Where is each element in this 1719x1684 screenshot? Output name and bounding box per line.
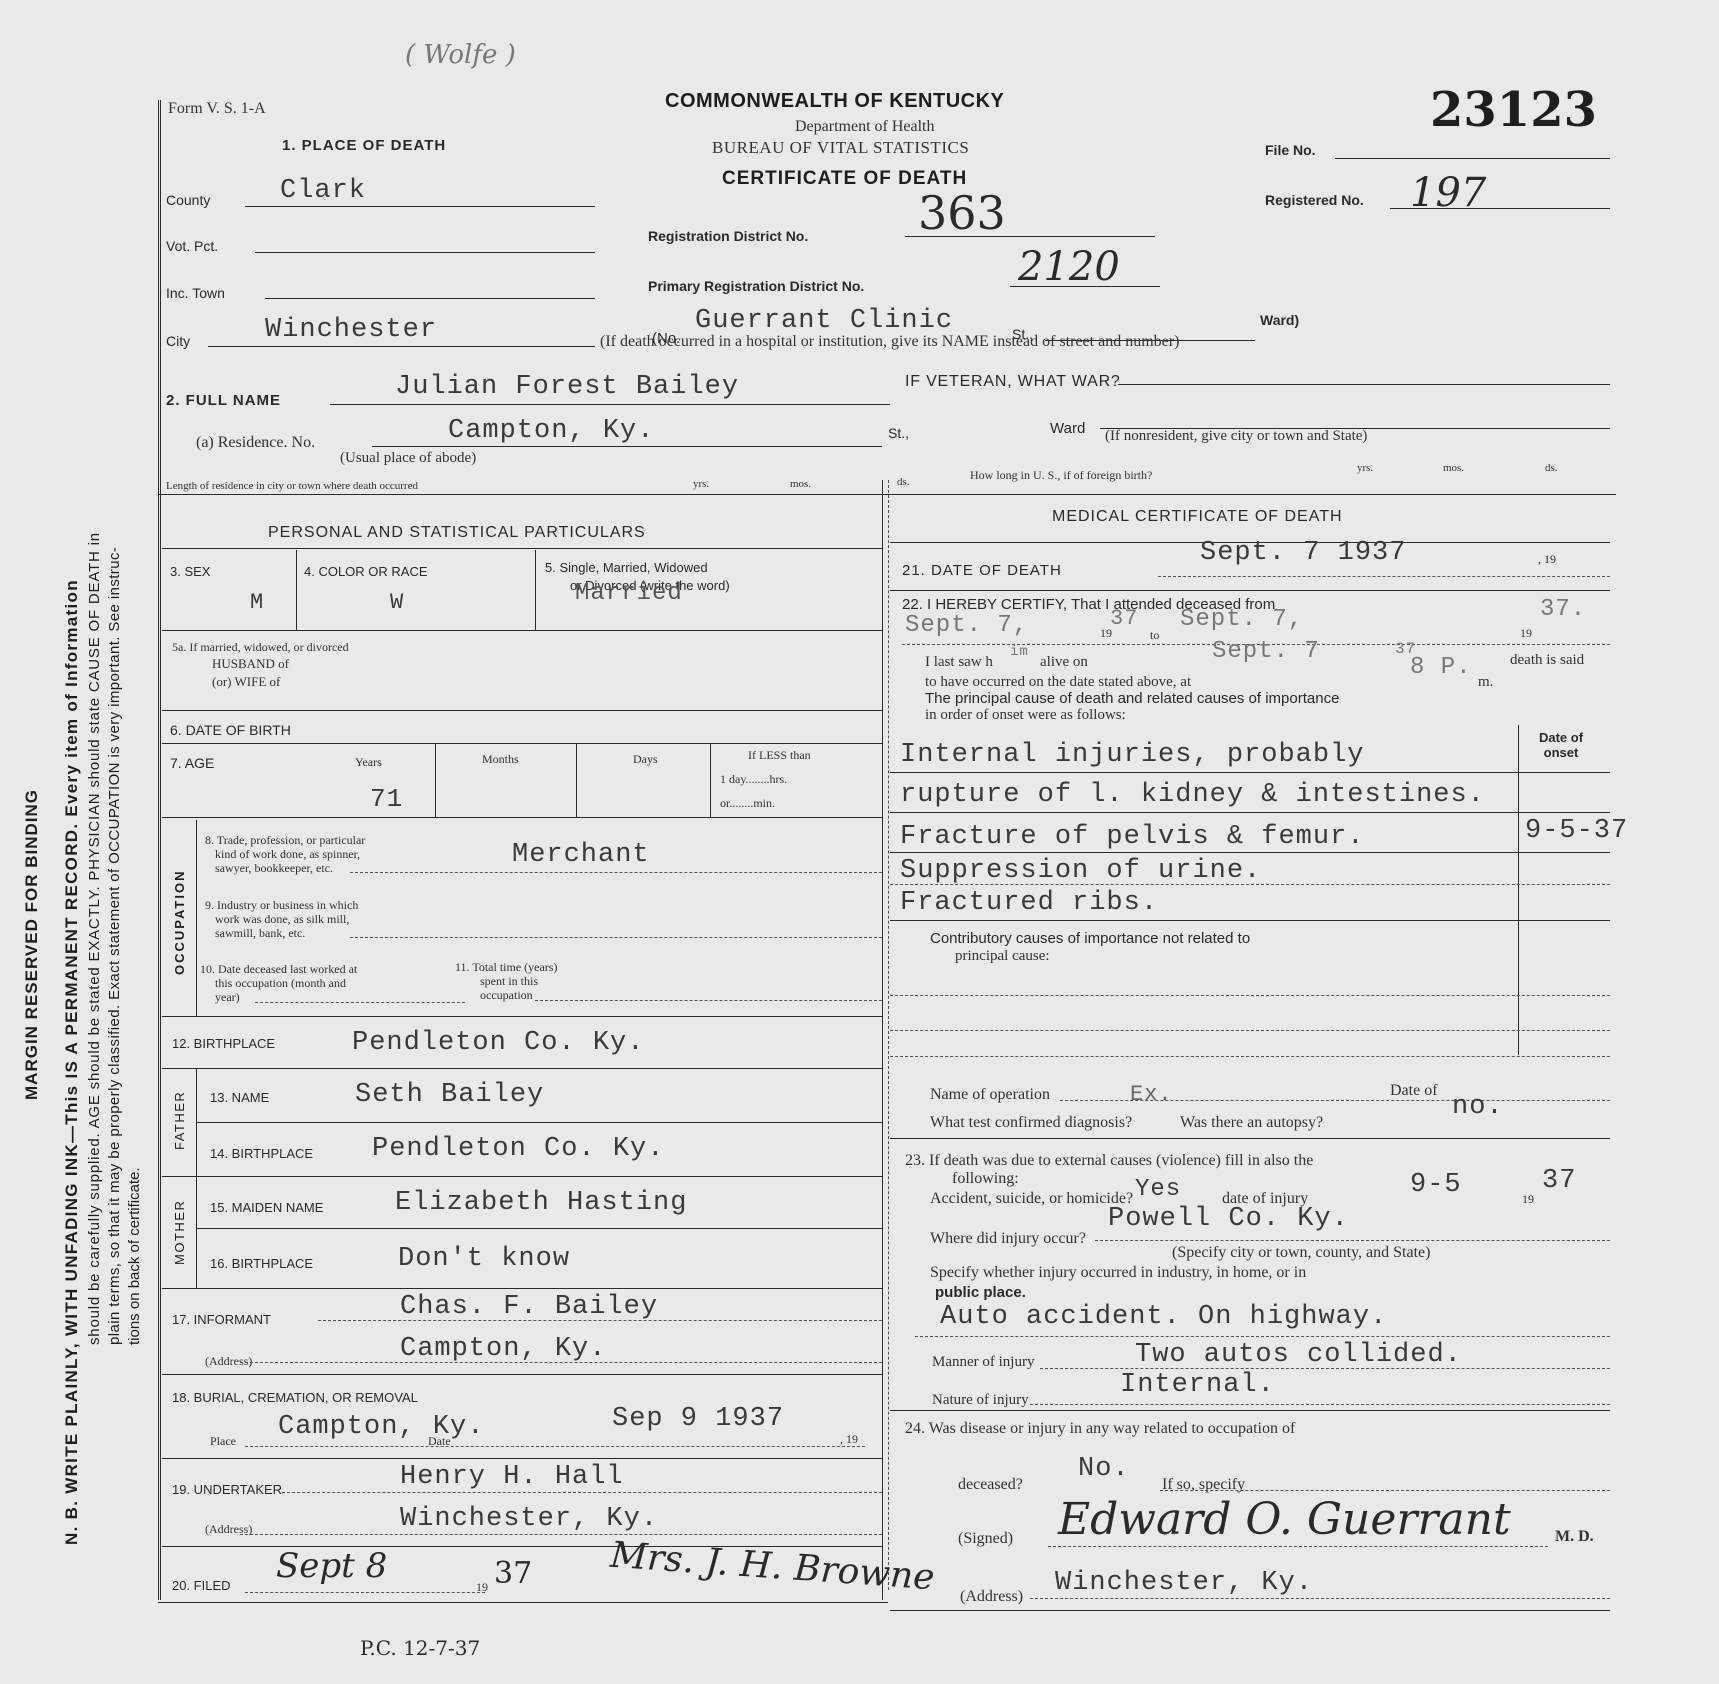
margin-binding-note: MARGIN RESERVED FOR BINDING: [22, 789, 42, 1100]
sex-row-divider: [162, 630, 882, 631]
onset-column-divider: [1518, 725, 1519, 1055]
total-time-field[interactable]: [535, 1000, 882, 1001]
residence-label: (a) Residence. No.: [196, 434, 315, 452]
margin-instructions-line-2: should be carefully supplied. AGE should…: [86, 532, 103, 1345]
cause-1[interactable]: Internal injuries, probably: [900, 740, 1364, 770]
race-marital-divider: [535, 550, 536, 630]
us-mos-label: mos.: [1443, 462, 1464, 474]
marital-label-1: 5. Single, Married, Widowed: [545, 560, 708, 575]
race-value[interactable]: W: [390, 590, 404, 615]
registered-no-field: [1390, 208, 1610, 209]
cause-4-rule: [890, 884, 1610, 885]
dod-field: [1158, 576, 1610, 577]
medical-heading: MEDICAL CERTIFICATE OF DEATH: [1052, 508, 1343, 526]
industry-label-3: sawmill, bank, etc.: [215, 926, 305, 941]
undertaker-field: [282, 1492, 882, 1493]
birthplace-row-divider: [162, 1068, 882, 1069]
occ-related-value[interactable]: No.: [1078, 1454, 1130, 1484]
filed-field: [245, 1592, 485, 1593]
accident-label: Accident, suicide, or homicide?: [930, 1190, 1133, 1208]
dod-suffix: , 19: [1538, 552, 1556, 567]
state-title: COMMONWEALTH OF KENTUCKY: [665, 90, 1004, 113]
age-days-divider: [710, 743, 711, 817]
city-value[interactable]: Winchester: [265, 315, 437, 345]
contributory-field-1[interactable]: [890, 995, 1610, 996]
personal-heading: PERSONAL AND STATISTICAL PARTICULARS: [268, 524, 646, 542]
if-so-field[interactable]: [1160, 1490, 1610, 1491]
mother-row-divider: [162, 1288, 882, 1289]
where-label: Where did injury occur?: [930, 1230, 1086, 1248]
burial-row-divider: [162, 1458, 882, 1459]
margin-instructions-line-1: N. B. WRITE PLAINLY, WITH UNFADING INK—T…: [62, 579, 82, 1545]
where-field: [1095, 1240, 1610, 1241]
form-bottom-rule-right: [890, 1610, 1610, 1611]
full-name-label: 2. FULL NAME: [166, 392, 281, 409]
reg-district-value[interactable]: 363: [918, 186, 1006, 240]
operation-label: Name of operation: [930, 1086, 1050, 1104]
bottom-note: P.C. 12-7-37: [360, 1636, 480, 1660]
days-label: Days: [633, 752, 658, 767]
us-residence-label: How long in U. S., if of foreign birth?: [970, 468, 1152, 483]
undertaker-value[interactable]: Henry H. Hall: [400, 1462, 624, 1492]
occ-related-label-1: 24. Was disease or injury in any way rel…: [905, 1420, 1295, 1438]
reg-district-label: Registration District No.: [648, 228, 808, 244]
manner-value[interactable]: Two autos collided.: [1135, 1340, 1462, 1370]
father-name-divider: [196, 1122, 882, 1123]
where-note: (Specify city or town, county, and State…: [1172, 1244, 1430, 1262]
primary-district-value[interactable]: 2120: [1018, 244, 1120, 290]
contributory-label-2: principal cause:: [955, 948, 1050, 965]
cause-5[interactable]: Fractured ribs.: [900, 888, 1158, 918]
father-side-label: FATHER: [172, 1091, 187, 1150]
city-field: [208, 346, 595, 347]
marital-value[interactable]: Married: [575, 580, 683, 607]
attended-from-year[interactable]: 37: [1110, 606, 1138, 631]
accident-value[interactable]: Yes: [1135, 1176, 1181, 1203]
less-label-3: or........min.: [720, 796, 775, 811]
veteran-field[interactable]: [1118, 384, 1610, 385]
physician-address-field: [1030, 1598, 1610, 1599]
filed-year-value[interactable]: 37: [494, 1556, 532, 1591]
operation-row-divider: [890, 1138, 1610, 1139]
manner-field: [1040, 1368, 1610, 1369]
signed-label: (Signed): [958, 1530, 1013, 1548]
md-label: M. D.: [1555, 1528, 1594, 1546]
hospital-note: (If death occurred in a hospital or inst…: [600, 333, 1179, 351]
informant-field: [318, 1320, 882, 1321]
county-field: [245, 206, 595, 207]
length-yrs-label: yrs.: [693, 478, 709, 490]
external-label-1: 23. If death was due to external causes …: [905, 1152, 1313, 1170]
length-mos-label: mos.: [790, 478, 811, 490]
nature-label: Nature of injury: [932, 1392, 1029, 1409]
autopsy-label: Was there an autopsy?: [1180, 1114, 1323, 1132]
file-no-label: File No.: [1265, 142, 1316, 158]
burial-place-label: Place: [210, 1434, 236, 1449]
burial-year-suffix: , 19: [840, 1432, 858, 1447]
total-time-label-1: 11. Total time (years): [455, 960, 557, 975]
spouse-label-2: HUSBAND of: [212, 656, 289, 672]
cause-1-rule: [890, 772, 1610, 773]
contributory-field-3[interactable]: [890, 1056, 1610, 1057]
form-border-left: [158, 100, 161, 1600]
department: Department of Health: [795, 118, 935, 136]
mother-birthplace-value[interactable]: Don't know: [398, 1244, 570, 1274]
principal-label-2: in order of onset were as follows:: [925, 707, 1126, 724]
dod-row-divider: [890, 590, 1610, 591]
informant-address-value[interactable]: Campton, Ky.: [400, 1334, 606, 1364]
residence-field: [372, 446, 882, 447]
mother-maiden-divider: [196, 1228, 882, 1229]
age-row-divider: [162, 817, 882, 818]
less-label-2: 1 day........hrs.: [720, 772, 787, 787]
burial-date-value[interactable]: Sep 9 1937: [612, 1404, 784, 1434]
last-worked-label-3: year): [215, 990, 240, 1005]
trade-label-2: kind of work done, as spinner,: [215, 847, 360, 862]
contributory-label-1: Contributory causes of importance not re…: [930, 930, 1250, 947]
form-id: Form V. S. 1-A: [168, 100, 266, 118]
specify-field: [915, 1336, 1610, 1337]
age-label: 7. AGE: [170, 755, 214, 771]
cause-2[interactable]: rupture of l. kidney & intestines.: [900, 780, 1485, 810]
industry-field[interactable]: [350, 937, 882, 938]
dob-row-divider: [162, 743, 882, 744]
cause-4[interactable]: Suppression of urine.: [900, 856, 1261, 886]
where-value[interactable]: Powell Co. Ky.: [1108, 1204, 1349, 1234]
residence-section-divider: [158, 494, 1616, 495]
informant-value[interactable]: Chas. F. Bailey: [400, 1292, 658, 1322]
county-label: County: [166, 192, 210, 208]
spouse-label-1: 5a. If married, widowed, or divorced: [172, 640, 349, 655]
race-label: 4. COLOR OR RACE: [304, 564, 428, 579]
bureau: BUREAU OF VITAL STATISTICS: [712, 138, 969, 158]
external-label-2: following:: [952, 1170, 1019, 1188]
occ-related-label-2: deceased?: [958, 1476, 1023, 1494]
age-months-divider: [576, 743, 577, 817]
autopsy-value[interactable]: no.: [1452, 1092, 1504, 1122]
institution-ward-label: Ward): [1260, 312, 1299, 328]
city-label: City: [166, 333, 190, 349]
nature-field: [1030, 1404, 1610, 1405]
place-of-death-heading: 1. PLACE OF DEATH: [282, 137, 446, 154]
inc-town-field[interactable]: [265, 298, 595, 299]
reg-district-field: [905, 236, 1155, 237]
cause-5-rule: [890, 920, 1610, 921]
dob-label: 6. DATE OF BIRTH: [170, 722, 291, 738]
father-name-label: 13. NAME: [210, 1090, 269, 1105]
age-years-value[interactable]: 71: [370, 784, 403, 814]
margin-instructions-line-4: tions on back of certificate.: [126, 1167, 143, 1345]
father-name-value[interactable]: Seth Bailey: [355, 1080, 544, 1110]
attended-to-year-prefix: 19: [1520, 626, 1532, 641]
age-years-divider: [435, 743, 436, 817]
column-divider: [888, 480, 889, 1590]
attended-from-value[interactable]: Sept. 7,: [905, 612, 1028, 639]
manner-label: Manner of injury: [932, 1354, 1034, 1371]
occupation-side-label: OCCUPATION: [172, 870, 187, 975]
primary-district-label: Primary Registration District No.: [648, 278, 864, 294]
mother-maiden-label: 15. MAIDEN NAME: [210, 1200, 323, 1215]
informant-label: 17. INFORMANT: [172, 1312, 271, 1327]
spouse-row-divider: [162, 710, 882, 711]
total-time-label-3: occupation: [480, 988, 533, 1003]
birthplace-value[interactable]: Pendleton Co. Ky.: [352, 1028, 644, 1058]
last-worked-field[interactable]: [255, 1002, 465, 1003]
informant-row-divider: [162, 1374, 882, 1375]
filed-date-value[interactable]: Sept 8: [276, 1546, 387, 1586]
last-worked-label-1: 10. Date deceased last worked at: [200, 962, 357, 977]
institution-value[interactable]: Guerrant Clinic: [695, 306, 953, 336]
mother-side-label: MOTHER: [172, 1200, 187, 1265]
usual-abode-note: (Usual place of abode): [340, 450, 476, 467]
trade-label-3: sawyer, bookkeeper, etc.: [215, 861, 333, 876]
cause-3-rule: [890, 852, 1610, 853]
dod-label: 21. DATE OF DEATH: [902, 562, 1062, 579]
personal-heading-rule: [162, 548, 882, 549]
file-no-field[interactable]: [1335, 158, 1610, 159]
nature-row-divider: [890, 1410, 1610, 1411]
trade-label-1: 8. Trade, profession, or particular: [205, 833, 365, 848]
birthplace-label: 12. BIRTHPLACE: [172, 1036, 275, 1051]
m-label: m.: [1478, 674, 1493, 691]
occurred-label: to have occurred on the date stated abov…: [925, 674, 1191, 691]
trade-value[interactable]: Merchant: [512, 840, 650, 870]
alive-on-label: alive on: [1040, 654, 1088, 671]
trade-field: [350, 872, 882, 873]
operation-date-label: Date of: [1390, 1082, 1438, 1100]
last-worked-label-2: this occupation (month and: [215, 976, 346, 991]
cause-3[interactable]: Fracture of pelvis & femur.: [900, 822, 1364, 852]
father-birthplace-label: 14. BIRTHPLACE: [210, 1146, 313, 1161]
injury-date-value[interactable]: 9-5: [1410, 1170, 1462, 1200]
vot-pct-label: Vot. Pct.: [166, 238, 218, 254]
residence-st-label: St.,: [888, 425, 909, 441]
full-name-value[interactable]: Julian Forest Bailey: [395, 372, 739, 402]
spouse-label-3: (or) WIFE of: [212, 674, 280, 690]
nonresident-note: (If nonresident, give city or town and S…: [1105, 428, 1367, 445]
contributory-field-2[interactable]: [890, 1030, 1610, 1031]
occupation-row-divider: [162, 1016, 882, 1017]
primary-district-field: [1010, 286, 1160, 287]
county-value[interactable]: Clark: [280, 176, 366, 206]
header-annotation: ( Wolfe ): [405, 40, 516, 70]
form-border-bottom: [158, 1602, 888, 1603]
last-saw-label: I last saw h: [925, 654, 993, 671]
burial-field: [245, 1446, 865, 1447]
industry-label-2: work was done, as silk mill,: [215, 912, 349, 927]
physician-signature: Edward O. Guerrant: [1058, 1494, 1511, 1545]
less-label-1: If LESS than: [748, 748, 811, 763]
veteran-label: IF VETERAN, WHAT WAR?: [905, 373, 1121, 391]
alive-on-value[interactable]: Sept. 7: [1212, 638, 1320, 665]
mother-birthplace-label: 16. BIRTHPLACE: [210, 1256, 313, 1271]
total-time-label-2: spent in this: [480, 974, 538, 989]
left-column-right-border: [882, 480, 883, 1600]
father-mother-divider: [162, 1176, 882, 1177]
physician-address-label: (Address): [960, 1588, 1023, 1606]
specify-value[interactable]: Auto accident. On highway.: [940, 1302, 1387, 1332]
cause-2-rule: [890, 812, 1610, 813]
dod-value[interactable]: Sept. 7 1937: [1200, 538, 1406, 568]
full-name-field: [330, 404, 890, 405]
years-label: Years: [355, 755, 382, 770]
undertaker-label: 19. UNDERTAKER: [172, 1482, 282, 1497]
father-side-divider: [196, 1068, 197, 1288]
residence-ward-label: Ward: [1050, 420, 1085, 437]
residence-value[interactable]: Campton, Ky.: [448, 416, 654, 446]
cause-3-onset[interactable]: 9-5-37: [1525, 816, 1628, 846]
onset-header: Date of onset: [1528, 730, 1594, 760]
stamp-number: 23123: [1430, 82, 1597, 138]
registered-no-label: Registered No.: [1265, 192, 1364, 208]
father-birthplace-value[interactable]: Pendleton Co. Ky.: [372, 1134, 664, 1164]
nature-value[interactable]: Internal.: [1120, 1370, 1275, 1400]
vot-pct-field[interactable]: [255, 252, 595, 253]
us-ds-label: ds.: [1545, 462, 1558, 474]
death-said-label: death is said: [1510, 652, 1584, 669]
time-value[interactable]: 8 P.: [1410, 654, 1472, 681]
industry-label-1: 9. Industry or business in which: [205, 898, 358, 913]
occupation-side-divider: [196, 820, 197, 1016]
injury-year-prefix: 19: [1522, 1192, 1534, 1207]
operation-value[interactable]: Ex.: [1130, 1082, 1173, 1107]
specify-label-2: public place.: [935, 1284, 1026, 1301]
attended-to-year[interactable]: 37.: [1540, 596, 1586, 623]
mother-maiden-value[interactable]: Elizabeth Hasting: [395, 1188, 687, 1218]
inc-town-label: Inc. Town: [166, 285, 225, 301]
sex-race-divider: [296, 550, 297, 630]
margin-instructions-line-3: plain terms, so that it may be properly …: [106, 547, 123, 1345]
attended-to-value[interactable]: Sept. 7,: [1180, 606, 1303, 633]
registrar-signature: Mrs. J. H. Browne: [609, 1535, 936, 1599]
burial-label: 18. BURIAL, CREMATION, OR REMOVAL: [172, 1390, 418, 1405]
informant-address-field: [240, 1362, 882, 1363]
filed-label: 20. FILED: [172, 1578, 231, 1593]
sex-value[interactable]: M: [250, 590, 264, 615]
attended-to-label: to: [1150, 628, 1159, 643]
registered-no-value[interactable]: 197: [1410, 170, 1486, 216]
principal-label-1: The principal cause of death and related…: [925, 690, 1339, 707]
test-label: What test confirmed diagnosis?: [930, 1114, 1132, 1132]
if-so-label: If so, specify: [1162, 1476, 1245, 1494]
injury-year-value[interactable]: 37: [1542, 1166, 1576, 1196]
us-yrs-label: yrs.: [1357, 462, 1373, 474]
sex-label: 3. SEX: [170, 564, 210, 579]
last-saw-him[interactable]: im: [1010, 644, 1029, 660]
undertaker-address-field: [240, 1534, 882, 1535]
operation-field: [1060, 1100, 1610, 1101]
length-of-residence-label: Length of residence in city or town wher…: [166, 480, 418, 492]
specify-label-1: Specify whether injury occurred in indus…: [930, 1264, 1306, 1282]
undertaker-address-value[interactable]: Winchester, Ky.: [400, 1504, 658, 1534]
signature-field: [1048, 1546, 1548, 1547]
physician-address-value[interactable]: Winchester, Ky.: [1055, 1568, 1313, 1598]
months-label: Months: [482, 752, 519, 767]
length-ds-label: ds.: [897, 476, 910, 488]
burial-place-value[interactable]: Campton, Ky.: [278, 1412, 484, 1442]
